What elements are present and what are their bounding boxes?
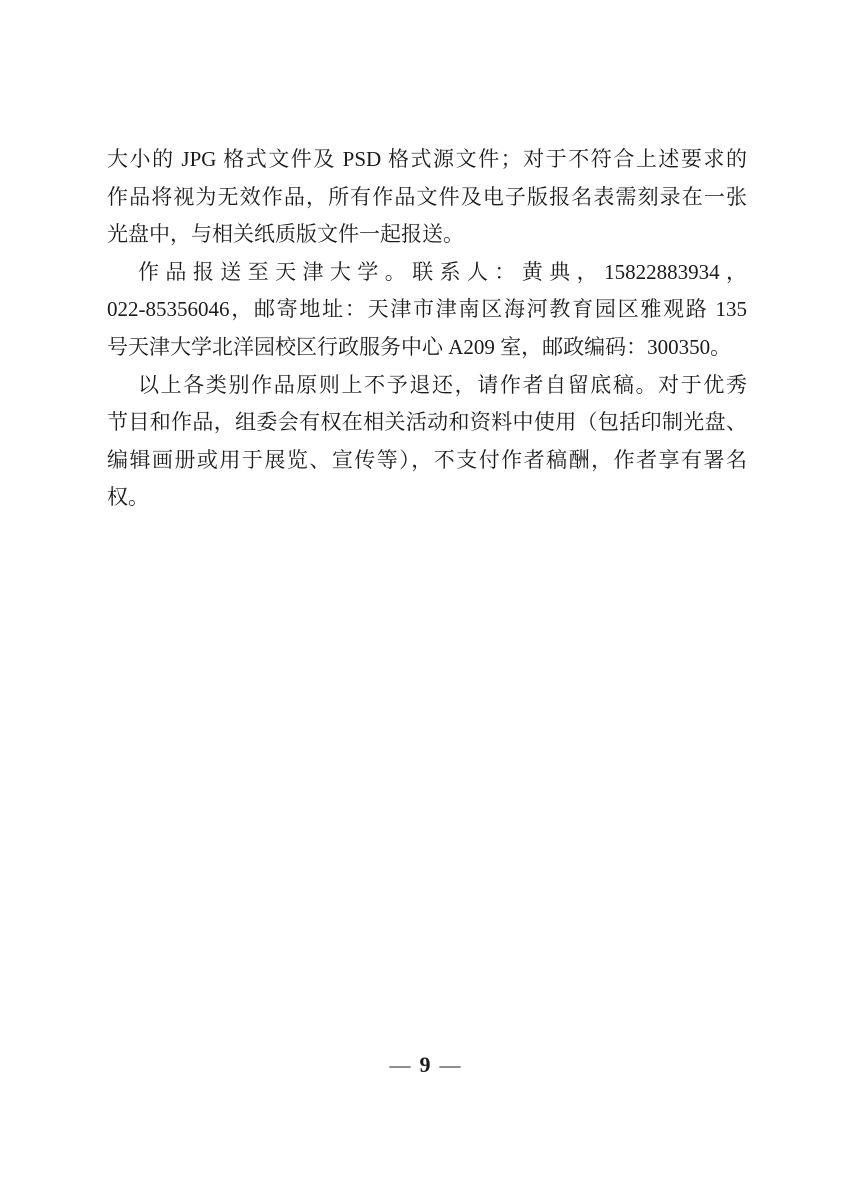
page-footer: —9— [0, 1052, 850, 1078]
paragraph-2-line-1: 作品报送至天津大学。联系人：黄典，15822883934， [107, 254, 747, 292]
paragraph-3-line-3: 编辑画册或用于展览、宣传等），不支付作者稿酬，作者享有署名 [107, 442, 747, 480]
text-block: 大小的 JPG 格式文件及 PSD 格式源文件；对于不符合上述要求的作品将视为无… [107, 141, 747, 517]
document-page: 大小的 JPG 格式文件及 PSD 格式源文件；对于不符合上述要求的作品将视为无… [0, 0, 850, 1201]
paragraph-2-line-3: 号天津大学北洋园校区行政服务中心 A209 室，邮政编码：300350。 [107, 329, 747, 367]
paragraph-1-line-3: 光盘中，与相关纸质版文件一起报送。 [107, 216, 747, 254]
paragraph-3-line-1: 以上各类别作品原则上不予退还，请作者自留底稿。对于优秀 [107, 367, 747, 405]
paragraph-1-line-2: 作品将视为无效作品，所有作品文件及电子版报名表需刻录在一张 [107, 179, 747, 217]
paragraph-3-line-2: 节目和作品，组委会有权在相关活动和资料中使用（包括印制光盘、 [107, 404, 747, 442]
paragraph-3-line-4: 权。 [107, 479, 747, 517]
paragraph-2-line-2: 022-85356046，邮寄地址：天津市津南区海河教育园区雅观路 135 [107, 291, 747, 329]
page-number: 9 [420, 1052, 431, 1077]
footer-dash-left: — [390, 1053, 411, 1077]
paragraph-1-line-1: 大小的 JPG 格式文件及 PSD 格式源文件；对于不符合上述要求的 [107, 141, 747, 179]
footer-dash-right: — [440, 1053, 461, 1077]
